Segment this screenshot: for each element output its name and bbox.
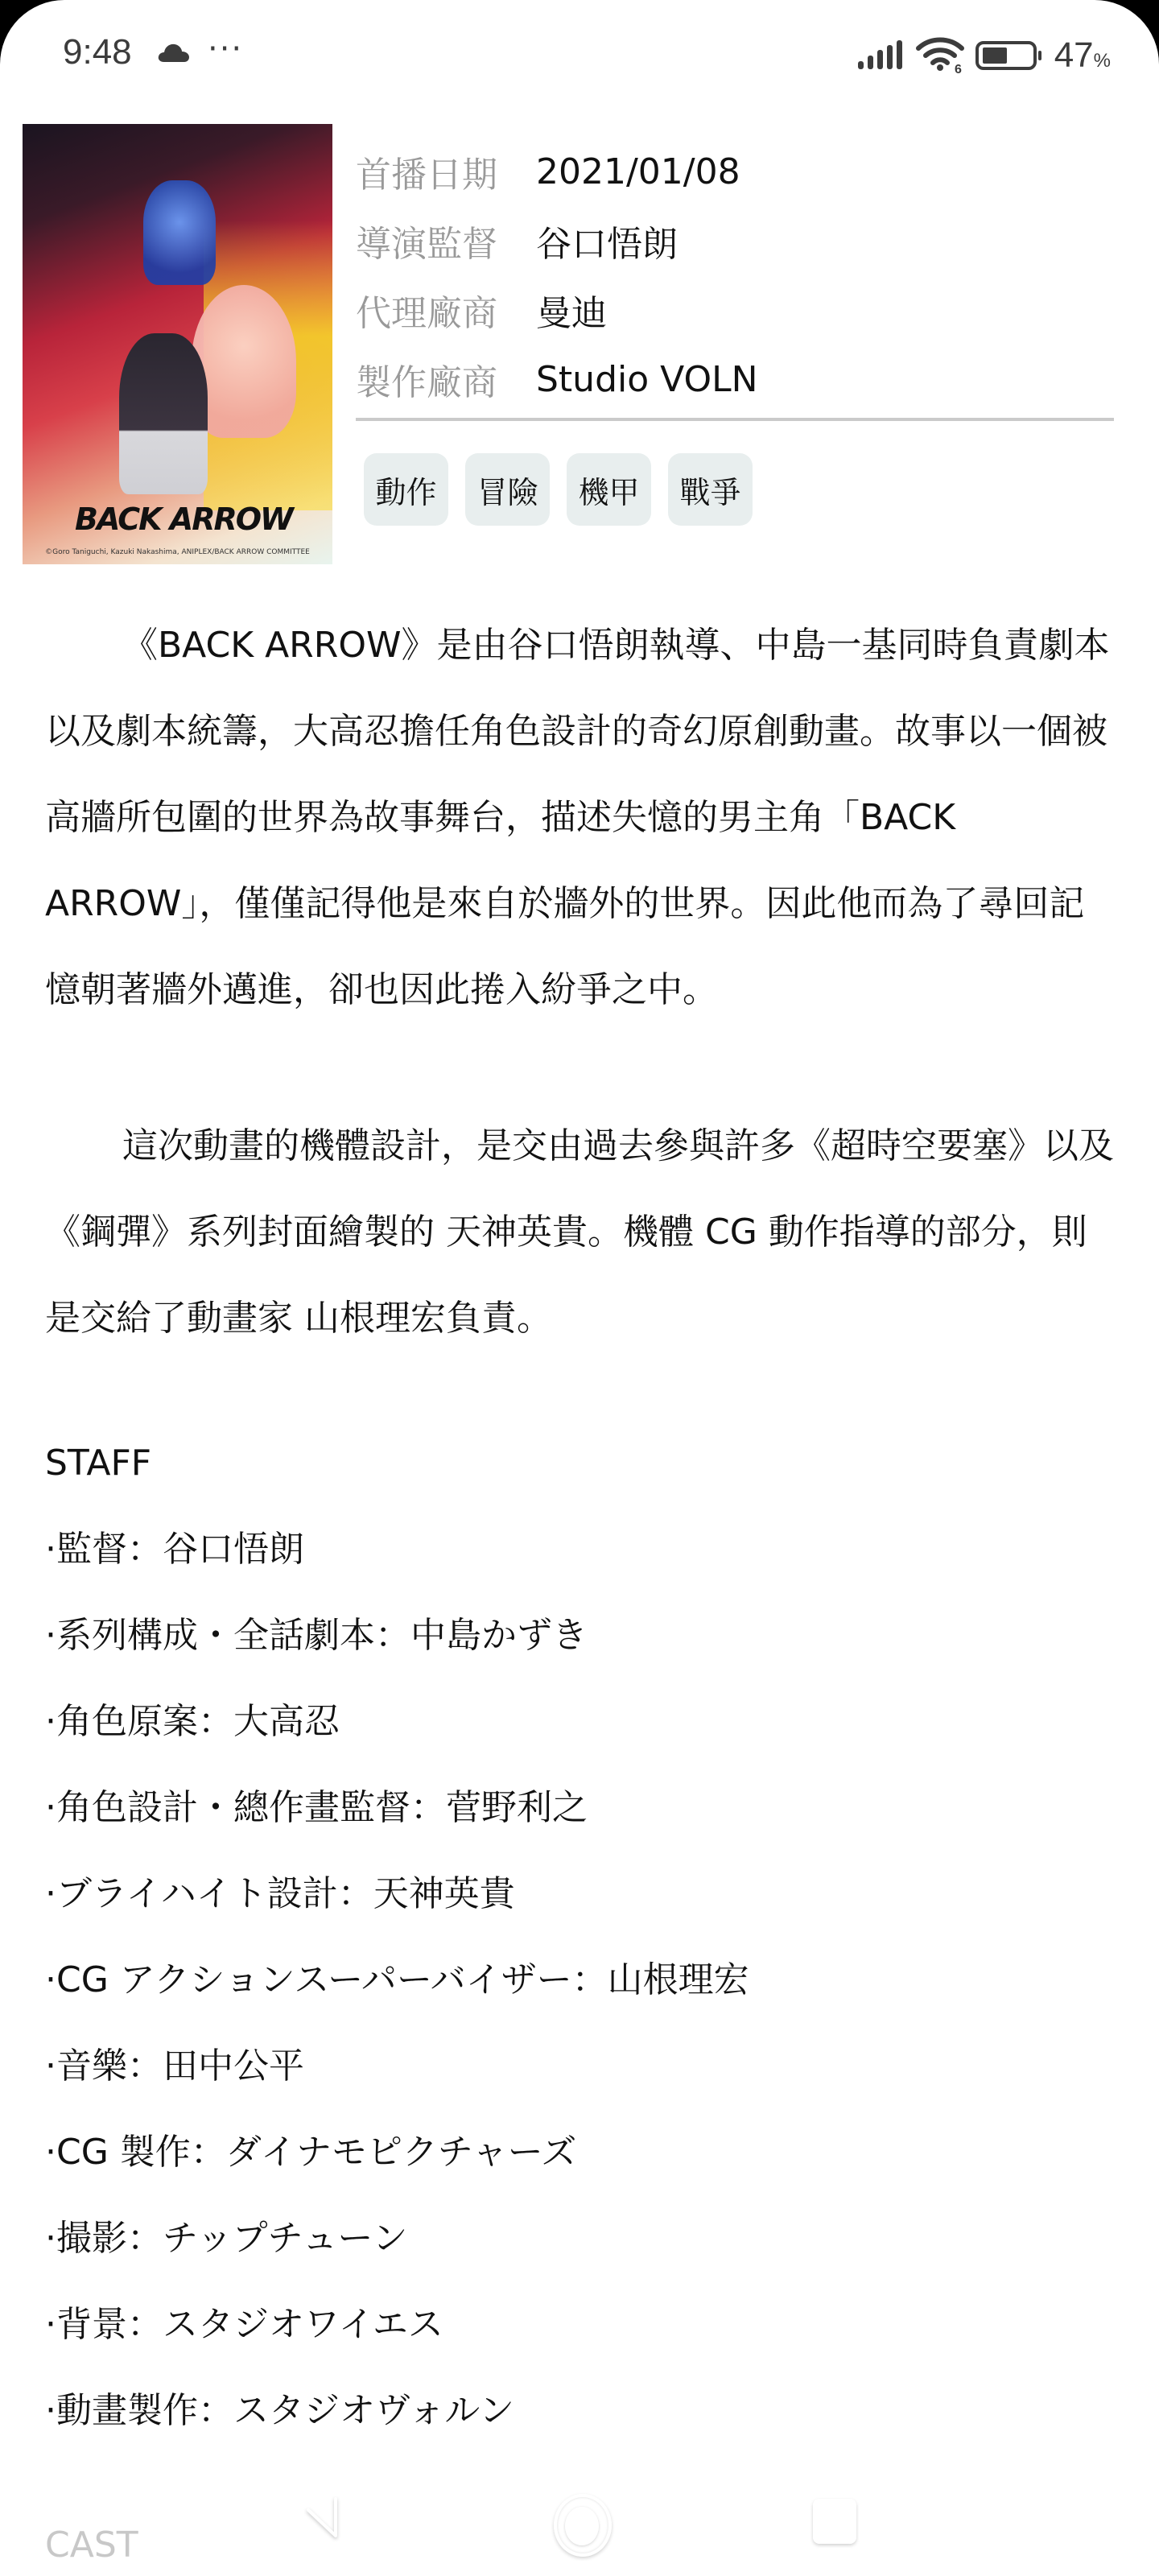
anime-info-table: 首播日期 2021/01/08 導演監督 谷口悟朗 代理廠商 曼迪 製作廠商 S… [356,137,1114,414]
system-nav-bar [0,2471,1159,2576]
info-label: 製作廠商 [356,353,536,405]
staff-item: ·背景：スタジオワイエス [45,2281,749,2368]
staff-item: ·CG アクションスーパーバイザー：山根理宏 [45,1937,749,2023]
genre-tags: 動作 冒險 機甲 戰爭 [364,453,753,526]
battery-percent: 47% [1054,35,1111,76]
recents-icon[interactable] [813,2499,856,2544]
info-value: 2021/01/08 [536,151,740,192]
divider [356,418,1114,421]
poster-copyright: ©Goro Taniguchi, Kazuki Nakashima, ANIPL… [23,548,332,556]
wifi-icon: 6 [916,37,964,74]
tag-war[interactable]: 戰爭 [668,453,753,526]
description-paragraph: 《BACK ARROW》是由谷口悟朗執導、中島一基同時負責劇本以及劇本統籌，大高… [45,602,1116,1033]
info-row-distributor: 代理廠商 曼迪 [356,275,1114,345]
staff-item: ·CG 製作：ダイナモピクチャーズ [45,2109,749,2195]
anime-poster-image[interactable]: BACK ARROW ©Goro Taniguchi, Kazuki Nakas… [23,124,332,564]
description-paragraph: 這次動畫的機體設計，是交由過去參與許多《超時空要塞》以及《鋼彈》系列封面繪製的 … [45,1103,1116,1361]
tag-action[interactable]: 動作 [364,453,448,526]
back-icon[interactable] [302,2495,350,2544]
staff-item: ·角色原案：大高忍 [45,1678,749,1765]
info-row-studio: 製作廠商 Studio VOLN [356,345,1114,414]
info-value: 谷口悟朗 [536,215,678,266]
staff-item: ·ブライハイト設計：天神英貴 [45,1851,749,1937]
tag-mecha[interactable]: 機甲 [567,453,651,526]
info-label: 導演監督 [356,215,536,266]
info-label: 代理廠商 [356,284,536,336]
cloud-icon [158,42,190,63]
status-bar: 9:48 ··· 6 [0,0,1159,105]
staff-item: ·監督：谷口悟朗 [45,1506,749,1592]
svg-text:6: 6 [955,63,962,74]
tag-adventure[interactable]: 冒險 [465,453,550,526]
poster-logo: BACK ARROW [71,502,296,537]
info-label: 首播日期 [356,146,536,197]
home-icon[interactable] [554,2494,612,2557]
status-icons: 6 47% [858,35,1111,76]
more-notifications-icon: ··· [208,31,243,68]
info-row-premiere-date: 首播日期 2021/01/08 [356,137,1114,206]
info-row-director: 導演監督 谷口悟朗 [356,206,1114,275]
staff-item: ·系列構成・全話劇本：中島かずき [45,1592,749,1678]
app-screen: 9:48 ··· 6 [0,0,1159,2576]
staff-item: ·撮影：チップチューン [45,2195,749,2281]
staff-list: STAFF ·監督：谷口悟朗 ·系列構成・全話劇本：中島かずき ·角色原案：大高… [45,1420,749,2454]
battery-icon [975,39,1043,72]
staff-heading: STAFF [45,1420,749,1506]
staff-item: ·角色設計・總作畫監督：菅野利之 [45,1765,749,1851]
poster-art-hero [119,333,208,494]
signal-icon [858,40,905,71]
info-value: 曼迪 [536,284,607,336]
info-value: Studio VOLN [536,359,758,400]
poster-art-mecha [143,180,216,285]
clock: 9:48 [63,32,132,72]
staff-item: ·動畫製作：スタジオヴォルン [45,2368,749,2454]
staff-item: ·音樂：田中公平 [45,2023,749,2109]
